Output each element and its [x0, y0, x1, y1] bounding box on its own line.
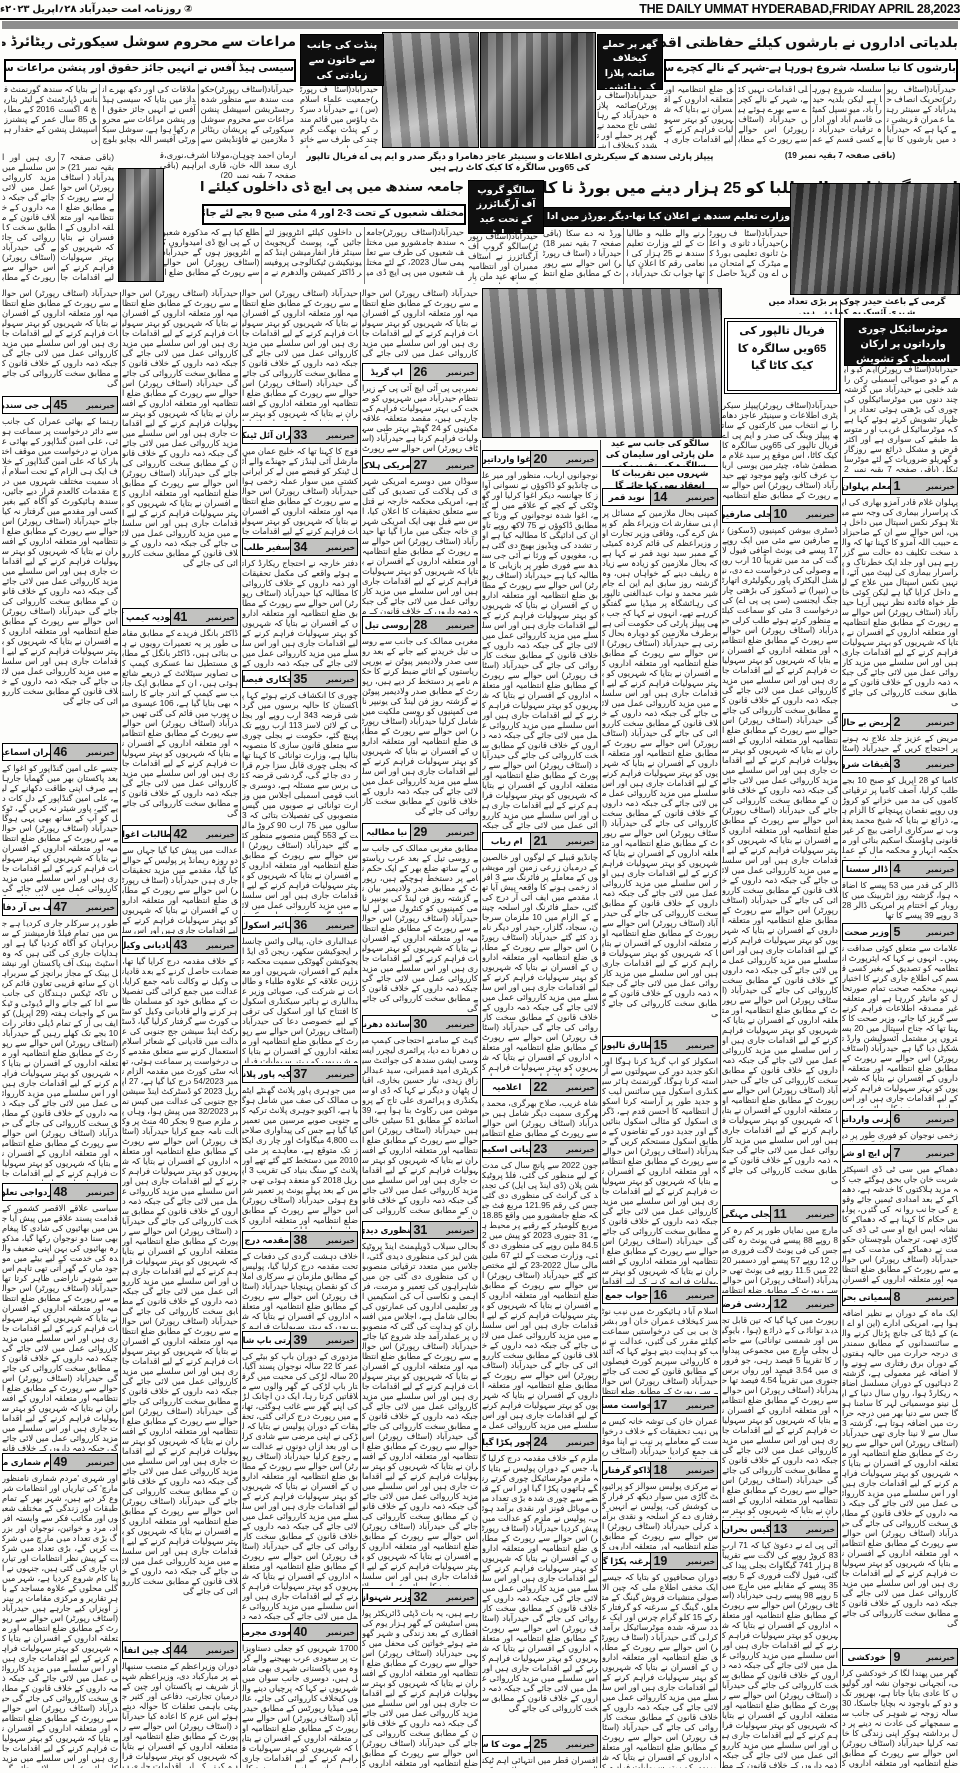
photo-group-meeting: [382, 32, 479, 148]
brief-number: خبرنمبر15: [650, 1037, 717, 1053]
article-body-motor: حیدرآباد(اسٹاف رپورٹر)ایم کیو ایم کے دو …: [844, 364, 958, 472]
brief-title: رہزنی وارداتیں: [843, 1111, 890, 1127]
brief-badge: خبرنمبر39بھارتی باپ شادی: [242, 1331, 358, 1349]
brief-number-label: خبرنمبر: [326, 675, 355, 684]
brief-body: جون 2022 سے پانچ سال کی مدت کے لیے منظور…: [482, 1160, 598, 1431]
caption-eid: سالگو کی جانب سے عید ملن پارٹی اور سلیما…: [602, 438, 718, 466]
brief-badge: خبرنمبر32وزیر شہنواز: [362, 1588, 478, 1606]
brief-number: خبرنمبر18: [650, 1462, 717, 1478]
brief-badge: خبرنمبر22اعلامیہ: [482, 1078, 598, 1096]
column-text: حیدرآباد (اسٹاف رپورٹر) اس حوالے سے رپور…: [2, 288, 118, 391]
brief-badge: خبرنمبر27امریکی ہلاک: [362, 456, 478, 474]
brief-body: کے خلاف مقدمہ درج کرایا گیا تھا، ضمانت ح…: [122, 956, 238, 1639]
brief-title: آئی جی سندھ: [3, 397, 50, 413]
brief-title: گیس بحران: [723, 1521, 770, 1537]
brief-body: کامیا کو 28 اپریل کو صبح 10 بجے طلب کرلی…: [842, 775, 958, 858]
brief-body: دوران وزیراعظم کے منصب سنبھالنے پر مبارک…: [122, 1661, 238, 1768]
brief-body: رہنما کے بھائی عمران کی جانب سے دائر درخ…: [2, 416, 118, 741]
brief-number-label: خبرنمبر: [686, 1291, 715, 1300]
article-body-jamia: حیدرآباد(اسٹاف رپورٹر)جامعہ سندھ جامشورو…: [162, 227, 464, 284]
brief-number-label: خبرنمبر: [326, 1628, 355, 1637]
brief-number-label: خبرنمبر: [686, 1466, 715, 1475]
brief-body: گھر میں پھندا لگا کر خودکشی کرلی، آنجہان…: [842, 1668, 958, 1768]
brief-number: خبرنمبر36: [290, 917, 357, 933]
brief-body: ڈسٹری بیوشن کمپنیوں (ڈسکوز) نے صارفین سے…: [722, 525, 838, 1203]
brief-badge: خبرنمبر28روسی تیل: [362, 616, 478, 634]
brief-body: ڈالر کی قدر میں 53 پیسے کا اضافہ ہوا، گز…: [842, 880, 958, 921]
brief-number-label: خبرنمبر: [926, 1653, 955, 1662]
brief-number: خبرنمبر37: [290, 1066, 357, 1082]
brief-badge: خبرنمبر26اپ گریڈ: [362, 363, 478, 381]
brief-number-label: خبرنمبر: [926, 1293, 955, 1302]
brief-number: خبرنمبر10: [770, 506, 837, 522]
brief-title: جواب جمع: [603, 1287, 650, 1303]
article-body-ghar-hamla: حیدرآباد(اسٹاف رپورٹر)صائمہ پلازہ حیدرآب…: [597, 90, 657, 148]
brief-number: خبرنمبر2: [890, 714, 957, 730]
brief-number: خبرنمبر29: [410, 824, 477, 840]
brief-badge: خبرنمبر44پاک چین اتفاق: [122, 1641, 238, 1659]
brief-badge: خبرنمبر20اغوا وارداتیں: [482, 450, 598, 468]
photo-night-crowd: [790, 183, 960, 295]
brief-number: خبرنمبر13: [770, 1521, 837, 1537]
brief-title: سعودیہ کیمپ آمد: [123, 609, 170, 625]
brief-badge: خبرنمبر29نیا مطالبہ: [362, 823, 478, 841]
brief-number-label: خبرنمبر: [326, 1336, 355, 1345]
brief-body: عمران خان کی توشہ خانہ کیس میں نیب تحقیق…: [602, 1416, 718, 1459]
brief-badge: خبرنمبر9خودکشی: [842, 1648, 958, 1666]
brief-title: وزیر شہنواز: [363, 1589, 410, 1605]
caption-top-photos: پیپلز پارٹی سندھ کے سیکریٹری اطلاعات و س…: [300, 151, 720, 175]
brief-badge: خبرنمبر33ایران آئل ٹینکر: [242, 426, 358, 444]
brief-badge: خبرنمبر25سزائے موت کا سامنا: [482, 1735, 598, 1753]
news-column: خبرنمبر20اغوا وارداتیںنوجوانوں ارباب، من…: [482, 448, 598, 1768]
brief-badge: خبرنمبر46عمران اسماعیل: [2, 743, 118, 761]
brief-number-label: خبرنمبر: [566, 1083, 595, 1092]
brief-number-label: خبرنمبر: [806, 1300, 835, 1309]
brief-number-label: خبرنمبر: [206, 613, 235, 622]
headline-motor: موٹرسائیکل چوری وارداتوں پر ارکان اسمبلی…: [844, 318, 960, 366]
brief-title: خودکشی: [843, 1649, 890, 1665]
brief-number: خبرنمبر12: [770, 1296, 837, 1312]
brief-badge: خبرنمبر30اساتذہ دھرنا: [362, 1015, 478, 1033]
brief-body: نے مرکزی پولیس سوالز کو پرائیویٹ گاڑی می…: [602, 1481, 718, 1550]
brief-body: نمبر،پی پی آئی ایچ آئی پی کے زیرانتظام ح…: [362, 383, 478, 454]
brief-number-label: خبرنمبر: [326, 1236, 355, 1245]
brief-title: اغوا وارداتیں: [483, 451, 530, 467]
brief-badge: خبرنمبر5وزیر صحت: [842, 923, 958, 941]
column-text: حیدرآباد (اسٹاف رپورٹر) اس حوالے سے رپور…: [122, 288, 238, 603]
brief-number-label: خبرنمبر: [446, 1020, 475, 1029]
brief-number-label: خبرنمبر: [926, 928, 955, 937]
brief-number: خبرنمبر5: [890, 924, 957, 940]
brief-title: چور پکڑا گیا: [483, 1434, 530, 1450]
brief-number: خبرنمبر1: [890, 478, 957, 494]
brief-number: خبرنمبر11: [770, 1206, 837, 1222]
brief-number-label: خبرنمبر: [86, 1458, 115, 1467]
brief-number: خبرنمبر19: [650, 1553, 717, 1569]
headline-jamia: جامعہ سندھ میں پی ایچ ڈی داخلوں کیلئے ان…: [200, 178, 464, 202]
brief-number: خبرنمبر27: [410, 457, 477, 473]
brief-number-label: خبرنمبر: [926, 482, 955, 491]
brief-number: خبرنمبر47: [50, 899, 117, 915]
brief-number-label: خبرنمبر: [686, 1401, 715, 1410]
brief-number-label: خبرنمبر: [806, 510, 835, 519]
brief-badge: خبرنمبر38مقدمہ درج: [242, 1231, 358, 1249]
brief-badge: خبرنمبر43قادیانی وکیل: [122, 936, 238, 954]
brief-number-label: خبرنمبر: [446, 621, 475, 630]
masthead-title-ur: ② روزنامہ امت حیدرآباد ۲۸؍اپریل ۲۰۲۳ء: [0, 4, 195, 15]
brief-title: عمران اسماعیل: [3, 744, 50, 760]
brief-body: دفتر خارجہ نے احتجاج ریکارڈ کراتے ہوئے و…: [242, 558, 358, 668]
brief-number: خبرنمبر31: [410, 1222, 477, 1238]
column-rule: [360, 292, 361, 1768]
brief-badge: خبرنمبر16جواب جمع: [602, 1286, 718, 1304]
brief-badge: خبرنمبر17درخواست مسترد: [602, 1396, 718, 1414]
brief-title: ایس ایچ او شہید: [843, 1145, 890, 1161]
column-text: حیدرآباد (اسٹاف رپورٹر) اس حوالے سے رپور…: [362, 288, 478, 358]
photo-cake-cutting: [480, 32, 596, 148]
brief-body: مریض کے عزیز جلد علاج نہ ہونے پر احتجاج …: [842, 733, 958, 753]
brief-number-label: خبرنمبر: [446, 368, 475, 377]
brief-body: گیٹ کے سامنے احتجاجی کیمپ میں دھرنا دے د…: [362, 1035, 478, 1219]
brief-badge: خبرنمبر42طالبات اغوا: [122, 825, 238, 843]
news-column: خبرنمبر41سعودیہ کیمپ آمدڈاکٹر بانگل فرید…: [122, 606, 238, 1768]
brief-number-label: خبرنمبر: [566, 837, 595, 846]
brief-number: خبرنمبر40: [290, 1624, 357, 1640]
brief-title: نجکاری فیصلہ: [243, 671, 290, 687]
brief-title: وزیر صحت: [843, 924, 890, 940]
brief-badge: خبرنمبر12گردشی قرضہ: [722, 1295, 838, 1313]
brief-title: سعودی مجرمین: [243, 1624, 290, 1640]
brief-title: مقدمہ درج: [243, 1232, 290, 1248]
brief-body: مغربی ممالک کی جانب سے روسی تیل خریدنے ک…: [362, 636, 478, 821]
news-column: خبرنمبر14نوید قمرکمپنی بحال ملازمین کے م…: [602, 486, 718, 1768]
brief-title: مریض بے حال: [843, 714, 890, 730]
brief-body: بحالی سیلاب ڈویلپمنٹ اینڈ پروٹیکشن لیز ک…: [362, 1241, 478, 1586]
brief-body: اور شہری 'مردم شماری نامنظور مارچ' کی تی…: [2, 1473, 118, 1768]
brief-number: خبرنمبر24: [530, 1434, 597, 1450]
brief-body: دھماکے میں سی ٹی ڈی انسپکٹر شربت خان جاں…: [842, 1164, 958, 1286]
brief-number: خبرنمبر22: [530, 1079, 597, 1095]
brief-title: ترقیاتی اسکیمیں: [483, 1141, 530, 1157]
brief-number: خبرنمبر48: [50, 1184, 117, 1200]
brief-number-label: خبرنمبر: [686, 493, 715, 502]
column-rule: [720, 440, 721, 1768]
brief-badge: خبرنمبر47ایف بی آر دفاتر: [2, 898, 118, 916]
column-rule: [840, 300, 841, 1768]
brief-number-label: خبرنمبر: [446, 828, 475, 837]
brief-body: رہے ہیں، یہ بات ڈپٹی ڈائریکٹر پولیس اسٹی…: [362, 1608, 478, 1768]
subhead-muraat: سیسی ہیڈ آفس نے انہیں جائز حقوق اور پنشن…: [4, 59, 296, 82]
brief-body: علامات سے متعلق کوئی صداقت نہیں۔ انہوں ن…: [842, 943, 958, 1108]
brief-title: ایف بی آر دفاتر: [3, 899, 50, 915]
news-column: خبرنمبر33ایران آئل ٹینکرفوج کا کہنا تھا …: [242, 424, 358, 1768]
masthead: THE DAILY UMMAT HYDERABAD,FRIDAY APRIL 2…: [0, 0, 960, 20]
brief-title: درخواست مسترد: [603, 1397, 650, 1413]
brief-title: اساتذہ دھرنا: [363, 1016, 410, 1032]
brief-badge: خبرنمبر10بجلی صارفین: [722, 505, 838, 523]
brief-number: خبرنمبر9: [890, 1649, 957, 1665]
brief-body: آئی پی اے نے دعویٰ کیا کہ 71 ارب 83 کروڑ…: [722, 1540, 838, 1768]
brief-title: منظوری دیدی: [363, 1222, 410, 1238]
headline-salgo: سالگو گروپ آف آرگنائزرز کے تحت عید ملن پ…: [468, 180, 544, 234]
caption-eid-block: سالگو کی جانب سے عید ملن پارٹی اور سلیما…: [602, 438, 718, 484]
brief-badge: خبرنمبر35نجکاری فیصلہ: [242, 670, 358, 688]
brief-body: خلاف دہشت گردی کی دفعات کے تحت مقدمہ درج…: [242, 1251, 358, 1329]
brief-badge: خبرنمبر11بجلی مہنگی: [722, 1205, 838, 1223]
photo-eid-party: [482, 288, 722, 438]
brief-body: مزدوری کے دوران باپ کو بیٹے کی عمر کا 22…: [242, 1351, 358, 1621]
brief-number: خبرنمبر21: [530, 833, 597, 849]
brief-number: خبرنمبر32: [410, 1589, 477, 1605]
article-body-aone: حیدرآباد(اسٹاف رپورٹر)حیدرآباد ثانوی و ا…: [543, 228, 788, 284]
headline-muraat: مراعات سے محروم سوشل سیکورٹی ریٹائرڈ ملا…: [2, 33, 296, 57]
subhead-aone: وزارت تعلیم سندھ نے اعلان کیا تھا-دیگر ب…: [543, 207, 794, 227]
brief-number: خبرنمبر30: [410, 1016, 477, 1032]
brief-number: خبرنمبر25: [530, 1736, 597, 1752]
brief-title: اعلامیہ: [483, 1079, 530, 1095]
brief-badge: خبرنمبر40سعودی مجرمین: [242, 1623, 358, 1641]
brief-number: خبرنمبر4: [890, 861, 957, 877]
brief-number-label: خبرنمبر: [326, 1070, 355, 1079]
subhead-baldiyati: بارشوں کا نیا سلسلہ شروع ہورہا ہے-شہر کے…: [664, 59, 958, 82]
brief-title: مردم شماری مارچ: [3, 1454, 50, 1470]
brief-body: مارچ میں نمایاں طور پر کم رہ کر 8 روپے 8…: [722, 1225, 838, 1293]
brief-number-label: خبرنمبر: [926, 718, 955, 727]
brief-badge: خبرنمبر19سرغنہ پکڑا گیا: [602, 1552, 718, 1570]
brief-title: نوید قمر: [603, 489, 650, 505]
brief-number-label: خبرنمبر: [926, 760, 955, 769]
brief-number: خبرنمبر33: [290, 427, 357, 443]
brief-title: ڈالر سستا: [843, 861, 890, 877]
brief-number: خبرنمبر43: [170, 937, 237, 953]
brief-number: خبرنمبر35: [290, 671, 357, 687]
brief-body: میں جوہری پاور پلانٹ گھنٹے ایٹمی ممالک ک…: [242, 1085, 358, 1229]
brief-number-label: خبرنمبر: [86, 401, 115, 410]
brief-body: زخمی نوجوان کو فوری طور پر دیہی صحت مرکز…: [842, 1130, 958, 1142]
brief-number: خبرنمبر20: [530, 451, 597, 467]
brief-badge: خبرنمبر18ڈاکو گرفتار: [602, 1461, 718, 1479]
brief-body: کمپنی بحال ملازمین کے مسائل پر اپنی سفار…: [602, 508, 718, 1034]
brief-body: طور پر سرکلر جاری کردیا ہے جس میں تمام ف…: [2, 918, 118, 1181]
brief-title: نیا مطالبہ: [363, 824, 410, 840]
brief-body: سیاسی علاقے الاقصر کشمور کے قدامت پسند ع…: [2, 1203, 118, 1451]
brief-badge: خبرنمبر48ازدواجی تعلق: [2, 1183, 118, 1201]
brief-number: خبرنمبر16: [650, 1287, 717, 1303]
brief-title: سرغنہ پکڑا گیا: [603, 1553, 650, 1569]
headline-ghar-hamla: گھر پر حملے کیخلاف صائمہ پلازا کے رہائشی…: [597, 34, 663, 90]
brief-number-label: خبرنمبر: [686, 1557, 715, 1566]
brief-badge: خبرنمبر45آئی جی سندھ: [2, 396, 118, 414]
brief-badge: خبرنمبر14نوید قمر: [602, 488, 718, 506]
brief-number-label: خبرنمبر: [926, 1149, 955, 1158]
brief-badge: خبرنمبر34سفیر طلب: [242, 538, 358, 556]
brief-title: سزائے موت کا سامنا: [483, 1736, 530, 1752]
brief-number-label: خبرنمبر: [806, 1210, 835, 1219]
brief-number: خبرنمبر17: [650, 1397, 717, 1413]
brief-badge: خبرنمبر4ڈالر سستا: [842, 860, 958, 878]
brief-number-label: خبرنمبر: [206, 941, 235, 950]
brief-number: خبرنمبر6: [890, 1111, 957, 1127]
brief-title: معلم پہلوان: [843, 478, 890, 494]
brief-number-label: خبرنمبر: [806, 1525, 835, 1534]
brief-body: 1700 شہریوں کو جعلی دستاویزات پر سعودی ع…: [242, 1643, 358, 1768]
brief-number-label: خبرنمبر: [446, 461, 475, 470]
brief-number: خبرنمبر46: [50, 744, 117, 760]
brief-number: خبرنمبر44: [170, 1642, 237, 1658]
brief-body: دوران صحافیوں کو بتایا کہ جیسے ایک مخفی …: [602, 1572, 718, 1768]
newspaper-page: THE DAILY UMMAT HYDERABAD,FRIDAY APRIL 2…: [0, 0, 960, 1773]
brief-body: مطابق مغربی ممالک کی جانب سے روسی تیل کے…: [362, 843, 478, 1013]
brief-body: عبدالباری خان، پیالی وائس چانسلر ایجوکیش…: [242, 936, 358, 1063]
news-column: خبرنمبر26اپ گریڈنمبر،پی پی آئی ایچ آئی پ…: [362, 361, 478, 1768]
brief-number-label: خبرنمبر: [206, 830, 235, 839]
brief-number: خبرنمبر8: [890, 1289, 957, 1305]
brief-badge: خبرنمبر23ترقیاتی اسکیمیں: [482, 1140, 598, 1158]
subhead-jamia: مختلف شعبوں کے تحت 3-2 اور 4 مئی صبح 9 ب…: [202, 204, 466, 225]
brief-body: رپورٹ میں کہا گیا کہ تین قابل تجدید توان…: [722, 1315, 838, 1518]
brief-body: چانڈیو قبیلے کے لوگوں اور خالصین کے درمی…: [482, 852, 598, 1076]
column-rule: [240, 292, 241, 1768]
brief-number: خبرنمبر49: [50, 1454, 117, 1470]
brief-body: ملزم کے خلاف مقدمہ درج کرلیا گیا، جس کے …: [482, 1453, 598, 1733]
brief-badge: خبرنمبر8موسمیاتی بحران: [842, 1288, 958, 1306]
brief-number-label: خبرنمبر: [86, 903, 115, 912]
brief-body: اسکولز کو اپ گریڈ کرنا ہوگا اور انکو جدی…: [602, 1056, 718, 1284]
brief-number-label: خبرنمبر: [926, 865, 955, 874]
brief-badge: خبرنمبر37ترکیہ پاور پلانٹ: [242, 1065, 358, 1083]
brief-title: طالبات اغوا: [123, 826, 170, 842]
article-continuation-muraat: (باقی صفحہ 7 بقیہ نمبر 21) حیدرآباد (اسٹ…: [2, 152, 114, 282]
brief-badge: خبرنمبر49مردم شماری مارچ: [2, 1453, 118, 1471]
brief-title: بجلی صارفین: [723, 506, 770, 522]
brief-title: روسی تیل: [363, 617, 410, 633]
brief-body: جسے علی امین گنڈاپور کو اغوا کے بعد پاکس…: [2, 763, 118, 896]
brief-number: خبرنمبر42: [170, 826, 237, 842]
brief-title: موسمیاتی بحران: [843, 1289, 890, 1305]
brief-badge: خبرنمبر36ہائیر اسکول: [242, 916, 358, 934]
brief-body: پہلوان غلام قادر آمزو بھاری کی ایک پراسر…: [842, 497, 958, 711]
brief-number: خبرنمبر3: [890, 756, 957, 772]
brief-badge: خبرنمبر2مریض بے حال: [842, 713, 958, 731]
brief-number: خبرنمبر26: [410, 364, 477, 380]
brief-number-label: خبرنمبر: [686, 1041, 715, 1050]
brief-body: فوج کا کہنا تھا کہ خلیج عمان میں مارشل آ…: [242, 446, 358, 536]
column-rule: [600, 440, 601, 1768]
brief-title: ام رباب: [483, 833, 530, 849]
brief-number: خبرنمبر41: [170, 609, 237, 625]
brief-badge: خبرنمبر31منظوری دیدی: [362, 1221, 478, 1239]
brief-number-label: خبرنمبر: [206, 1646, 235, 1655]
column-text: حیدرآباد (اسٹاف رپورٹر) اس حوالے سے رپور…: [242, 288, 358, 421]
brief-number-label: خبرنمبر: [326, 543, 355, 552]
brief-number: خبرنمبر45: [50, 397, 117, 413]
brief-title: پاک چین اتفاق: [123, 1642, 170, 1658]
brief-title: امریکی ہلاک: [363, 457, 410, 473]
brief-number-label: خبرنمبر: [566, 1145, 595, 1154]
brief-number: خبرنمبر23: [530, 1141, 597, 1157]
brief-body: شاہ غریب، صلاح بھرگری، محمد بھرگری سمیت …: [482, 1098, 598, 1138]
brief-number: خبرنمبر39: [290, 1332, 357, 1348]
brief-body: افسران قطر میں انتہائی اہم ٹیکنالوجی ریز…: [482, 1755, 598, 1768]
masthead-title-en: THE DAILY UMMAT HYDERABAD,FRIDAY APRIL 2…: [636, 2, 960, 16]
brief-number-label: خبرنمبر: [566, 1740, 595, 1749]
brief-title: ہائیر اسکول: [243, 917, 290, 933]
brief-number-label: خبرنمبر: [566, 1438, 595, 1447]
brief-badge: خبرنمبر7ایس ایچ او شہید: [842, 1144, 958, 1162]
headline-pandit: پنڈت کی جانب سے خاتون سے زیادتی کی مذمت: [300, 34, 384, 86]
article-body-faryal: حیدرآباد(اسٹاف رپورٹر)پیپلز سیکریٹری اطل…: [722, 400, 838, 500]
brief-badge: خبرنمبر15طارق تالپور: [602, 1036, 718, 1054]
brief-number: خبرنمبر14: [650, 489, 717, 505]
brief-title: ترکیہ پاور پلانٹ: [243, 1066, 290, 1082]
brief-body: اسلام آباد ہائیکورٹ میں نیب نوٹسز کیخلاف…: [602, 1306, 718, 1394]
brief-number-label: خبرنمبر: [566, 455, 595, 464]
brief-number-label: خبرنمبر: [926, 1115, 955, 1124]
article-body-salgo: حیدرآباد(اسٹاف رپورٹر)سالگو گروپ آف آرگن…: [468, 231, 538, 284]
column-rule: [480, 440, 481, 1768]
brief-number: خبرنمبر34: [290, 539, 357, 555]
brief-number-label: خبرنمبر: [326, 921, 355, 930]
brief-body: ایک ماہ کے دوران بے نظیر اضافہ ہوا ہے، ا…: [842, 1308, 958, 1646]
article-body-pandit: حیدرآباد(اسٹاف رپورٹر)جمعیت علماء اسلام …: [300, 84, 378, 148]
brief-number: خبرنمبر7: [890, 1145, 957, 1161]
brief-title: قادیانی وکیل: [123, 937, 170, 953]
brief-title: گردشی قرضہ: [723, 1296, 770, 1312]
brief-number-label: خبرنمبر: [446, 1593, 475, 1602]
photo-portrait: [118, 168, 164, 282]
brief-number: خبرنمبر38: [290, 1232, 357, 1248]
brief-title: ایران آئل ٹینکر: [243, 427, 290, 443]
brief-title: ڈاکو گرفتار: [603, 1462, 650, 1478]
brief-title: بجلی مہنگی: [723, 1206, 770, 1222]
masthead-rule: [2, 21, 958, 29]
news-column: خبرنمبر1معلم پہلوانپہلوان غلام قادر آمزو…: [842, 475, 958, 1768]
brief-title: اپ گریڈ: [363, 364, 410, 380]
brief-body: عدالت میں پیش کیا گیا جہاں سے دو روزہ ری…: [122, 845, 238, 934]
brief-title: ازدواجی تعلق: [3, 1184, 50, 1200]
brief-body: چوری کا انکشاف کرتے ہوئے کہا پاکستان کا …: [242, 690, 358, 914]
news-column: خبرنمبر45آئی جی سندھرہنما کے بھائی عمران…: [2, 394, 118, 1768]
brief-badge: خبرنمبر13گیس بحران: [722, 1520, 838, 1538]
brief-title: تحقیقات شروع: [843, 756, 890, 772]
brief-title: سفیر طلب: [243, 539, 290, 555]
brief-number-label: خبرنمبر: [86, 1188, 115, 1197]
brief-number-label: خبرنمبر: [86, 748, 115, 757]
brief-body: نوجوانوں ارباب، منظور اور میر علی چانڈیو…: [482, 470, 598, 830]
brief-badge: خبرنمبر6رہزنی وارداتیں: [842, 1110, 958, 1128]
brief-title: طارق تالپور: [603, 1037, 650, 1053]
brief-badge: خبرنمبر41سعودیہ کیمپ آمد: [122, 608, 238, 626]
caption-icecream: گرمی کے باعث حیدر چوک پر بڑی تعداد میں ش…: [756, 296, 958, 314]
column-rule: [120, 292, 121, 1768]
brief-number-label: خبرنمبر: [446, 1226, 475, 1235]
brief-badge: خبرنمبر24چور پکڑا گیا: [482, 1433, 598, 1451]
brief-body: ڈاکٹر بانگل فریدے کے مطابق مقامی طور پر …: [122, 628, 238, 823]
brief-badge: خبرنمبر21ام رباب: [482, 832, 598, 850]
news-column: خبرنمبر10بجلی صارفینڈسٹری بیوشن کمپنیوں …: [722, 503, 838, 1768]
article-body-muraat: حیدرآباد(اسٹاف رپورٹر)حکومت سندھ سے منظو…: [4, 84, 294, 146]
brief-body: سوڈان میں دوسرے امریکی شہری کی ہلاکت کی …: [362, 476, 478, 614]
article-tail-pandit: ارمان احمد چوہان،مولانا اشرف،نوری،قاری س…: [160, 150, 296, 178]
brief-title: بھارتی باپ شادی: [243, 1332, 290, 1348]
article-body-baldiyati: حیدرآباد(اسٹاف رپورٹر)تحریک انصاف حیدرآب…: [664, 84, 956, 146]
brief-number-label: خبرنمبر: [326, 431, 355, 440]
headline-faryal: فریال تالپور کی 65ویں سالگرہ کا کیک کاٹا…: [724, 318, 840, 394]
headline-baldiyati: بلدیاتی اداروں نے بارشوں کیلئے حفاظتی اق…: [662, 33, 958, 57]
article-tail-baldiyati: (باقی صفحہ 7 بقیہ نمبر 19): [722, 150, 958, 176]
brief-number: خبرنمبر28: [410, 617, 477, 633]
